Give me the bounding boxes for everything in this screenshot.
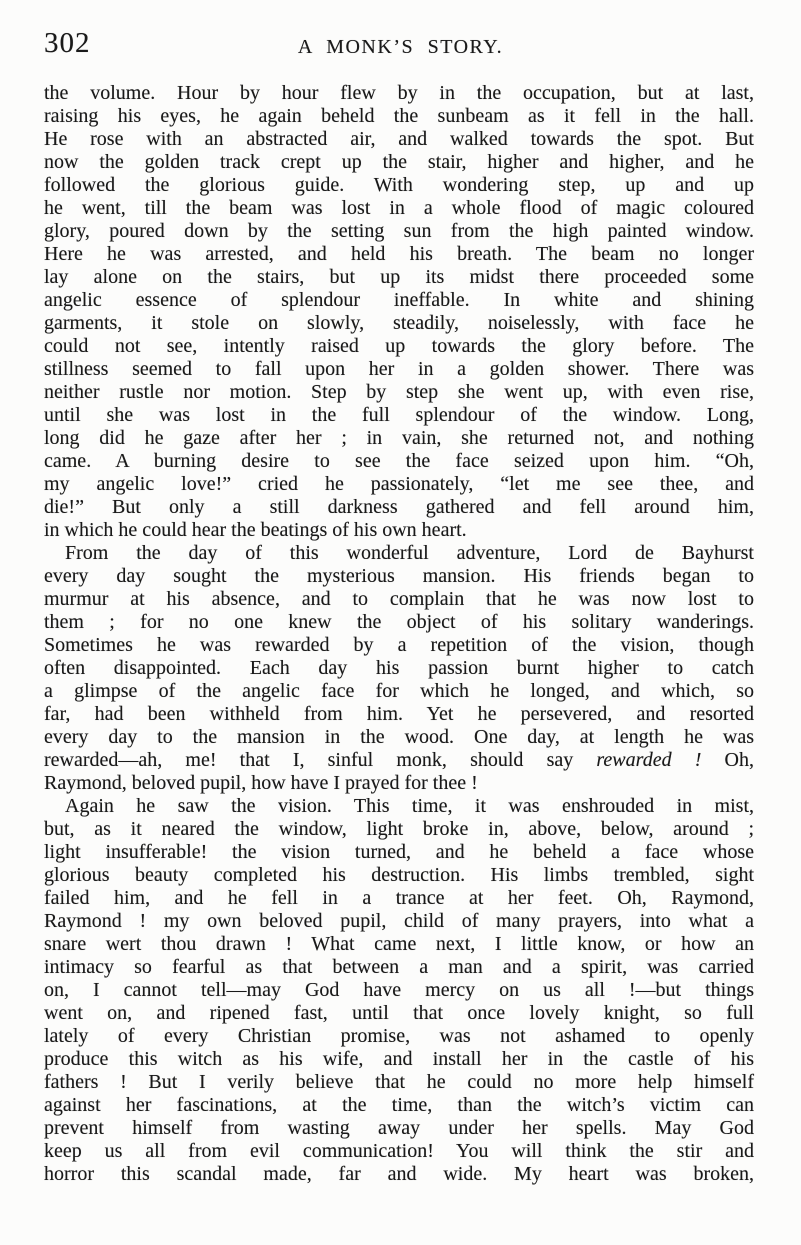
text-line: He rose with an abstracted air, and walk… [44, 128, 754, 151]
text-line: From the day of this wonderful adventure… [44, 542, 754, 565]
text-line: came. A burning desire to see the face s… [44, 450, 754, 473]
text-line: rewarded—ah, me! that I, sinful monk, sh… [44, 749, 754, 772]
running-title: A MONK’S STORY. [0, 36, 801, 59]
text-line: glory, poured down by the setting sun fr… [44, 220, 754, 243]
text-line: Raymond ! my own beloved pupil, child of… [44, 910, 754, 933]
paragraph: the volume. Hour by hour flew by in the … [44, 82, 754, 542]
text-line: lately of every Christian promise, was n… [44, 1025, 754, 1048]
text-line: failed him, and he fell in a trance at h… [44, 887, 754, 910]
text-line: on, I cannot tell—may God have mercy on … [44, 979, 754, 1002]
text-line: every day sought the mysterious mansion.… [44, 565, 754, 588]
book-page: 302 A MONK’S STORY. the volume. Hour by … [0, 0, 801, 1245]
paragraph: From the day of this wonderful adventure… [44, 542, 754, 795]
text-line: Again he saw the vision. This time, it w… [44, 795, 754, 818]
text-line: fathers ! But I verily believe that he c… [44, 1071, 754, 1094]
text-line: every day to the mansion in the wood. On… [44, 726, 754, 749]
text-line: now the golden track crept up the stair,… [44, 151, 754, 174]
text-line: Sometimes he was rewarded by a repetitio… [44, 634, 754, 657]
text-segment: rewarded—ah, me! that I, sinful monk, sh… [44, 749, 596, 771]
paragraph: Again he saw the vision. This time, it w… [44, 795, 754, 1186]
text-line: die!” But only a still darkness gathered… [44, 496, 754, 519]
text-line: but, as it neared the window, light brok… [44, 818, 754, 841]
text-line: garments, it stole on slowly, steadily, … [44, 312, 754, 335]
text-line: until she was lost in the full splendour… [44, 404, 754, 427]
text-line: stillness seemed to fall upon her in a g… [44, 358, 754, 381]
text-line: neither rustle nor motion. Step by step … [44, 381, 754, 404]
text-line: Raymond, beloved pupil, how have I praye… [44, 772, 754, 795]
text-line: murmur at his absence, and to complain t… [44, 588, 754, 611]
text-line: he went, till the beam was lost in a who… [44, 197, 754, 220]
text-line: prevent himself from wasting away under … [44, 1117, 754, 1140]
text-line: far, had been withheld from him. Yet he … [44, 703, 754, 726]
text-line: intimacy so fearful as that between a ma… [44, 956, 754, 979]
text-line: light insufferable! the vision turned, a… [44, 841, 754, 864]
text-line: Here he was arrested, and held his breat… [44, 243, 754, 266]
text-line: angelic essence of splendour ineffable. … [44, 289, 754, 312]
text-line: produce this witch as his wife, and inst… [44, 1048, 754, 1071]
text-line: often disappointed. Each day his passion… [44, 657, 754, 680]
text-line: horror this scandal made, far and wide. … [44, 1163, 754, 1186]
text-line: against her fascinations, at the time, t… [44, 1094, 754, 1117]
text-line: followed the glorious guide. With wonder… [44, 174, 754, 197]
text-segment: Oh, [701, 749, 754, 771]
text-line: lay alone on the stairs, but up its mids… [44, 266, 754, 289]
text-line: a glimpse of the angelic face for which … [44, 680, 754, 703]
text-line: them ; for no one knew the object of his… [44, 611, 754, 634]
text-line: in which he could hear the beatings of h… [44, 519, 754, 542]
text-line: the volume. Hour by hour flew by in the … [44, 82, 754, 105]
text-line: glorious beauty completed his destructio… [44, 864, 754, 887]
body-text: the volume. Hour by hour flew by in the … [44, 82, 754, 1186]
italic-text: rewarded ! [596, 749, 701, 771]
text-line: long did he gaze after her ; in vain, sh… [44, 427, 754, 450]
text-line: went on, and ripened fast, until that on… [44, 1002, 754, 1025]
text-line: could not see, intently raised up toward… [44, 335, 754, 358]
text-line: snare wert thou drawn ! What came next, … [44, 933, 754, 956]
text-line: my angelic love!” cried he passionately,… [44, 473, 754, 496]
text-line: raising his eyes, he again beheld the su… [44, 105, 754, 128]
text-line: keep us all from evil communication! You… [44, 1140, 754, 1163]
